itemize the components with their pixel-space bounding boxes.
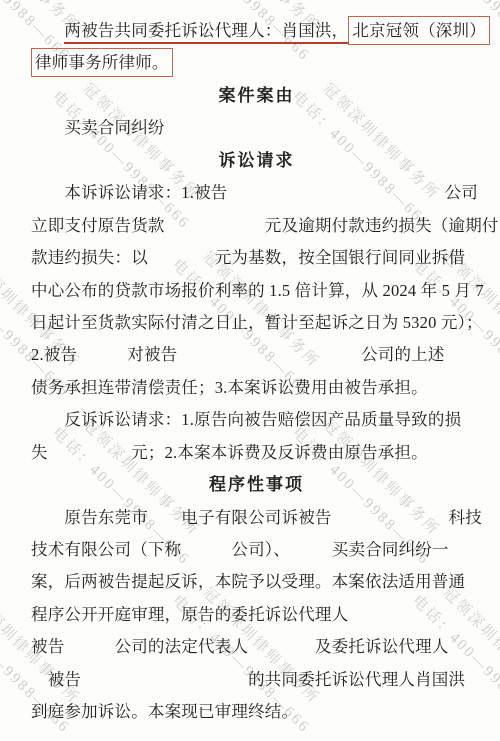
document-line: 本诉诉讼请求：1.被告 公司 (31, 177, 482, 209)
document-line: 原告东莞市 电子有限公司诉被告 科技 (31, 502, 482, 534)
document-line: 立即支付原告货款 元及逾期付款违约损失（逾期付 (31, 210, 482, 242)
document-line: 中心公布的贷款市场报价利率的 1.5 倍计算，从 2024 年 5 月 7 (31, 275, 482, 307)
document-line: 失 元；2.本案本诉费及反诉费由原告承担。 (31, 437, 482, 469)
document-line: 律师事务所律师。 (31, 47, 482, 79)
document-line: 被告 的共同委托诉讼代理人肖国洪 (31, 664, 482, 696)
red-underline: 两被告共同委托诉讼代理人：肖国洪， (64, 21, 348, 44)
document-line: 技术有限公司（下称 公司）、 买卖合同纠纷一 (31, 534, 482, 566)
document-line: 到庭参加诉讼。本案现已审理终结。 (31, 696, 482, 728)
highlight-box: 律师事务所律师。 (31, 48, 173, 77)
document-line: 日起计至货款实际付清之日止，暂计至起诉之日为 5320 元）； (31, 307, 482, 339)
document-line: 2.被告 对被告 公司的上述 (31, 339, 482, 371)
document-line: 程序公开开庭审理，原告的委托诉讼代理人 (31, 599, 482, 631)
document-line: 买卖合同纠纷 (31, 112, 482, 144)
document-line: 被告 公司的法定代表人 及委托诉讼代理人 (31, 631, 482, 663)
document-line: 债务承担连带清偿责任；3.本案诉讼费用由被告承担。 (31, 372, 482, 404)
document-line: 反诉诉讼请求：1.原告向被告赔偿因产品质量导致的损 (31, 404, 482, 436)
document-line: 款违约损失：以 元为基数，按全国银行间同业拆借 (31, 242, 482, 274)
section-heading: 诉讼请求 (31, 145, 482, 177)
document-page: 冠领深圳律师事务所电话：400—9988—666冠领深圳律师事务所电话：400—… (0, 0, 500, 741)
document-body: 两被告共同委托诉讼代理人：肖国洪，北京冠领（深圳）律师事务所律师。案件案由 买卖… (0, 0, 500, 729)
document-line: 案，后两被告提起反诉，本院予以受理。本案依法适用普通 (31, 566, 482, 598)
document-line: 两被告共同委托诉讼代理人：肖国洪，北京冠领（深圳） (31, 15, 482, 47)
section-heading: 案件案由 (31, 80, 482, 112)
section-heading: 程序性事项 (31, 469, 482, 501)
highlight-box: 北京冠领（深圳） (348, 16, 490, 45)
text-segment (31, 21, 64, 40)
